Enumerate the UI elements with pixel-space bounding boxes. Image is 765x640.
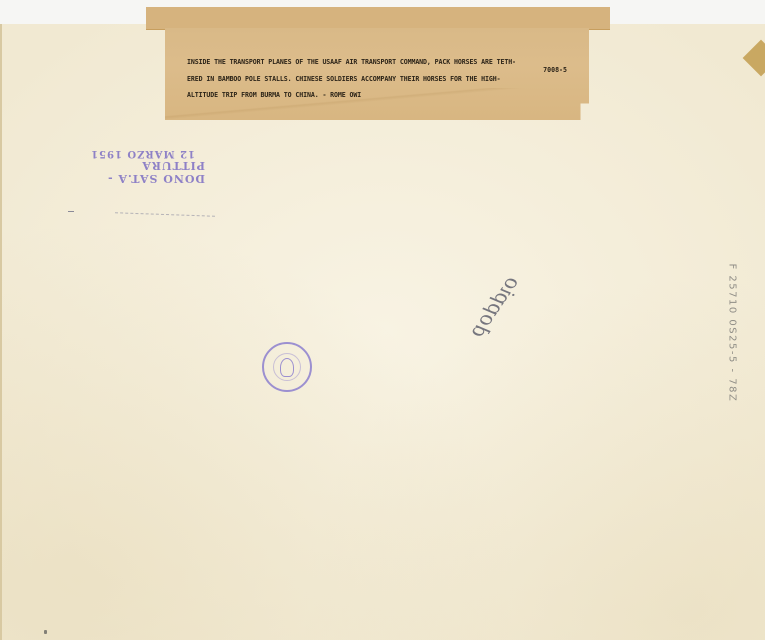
donation-stamp: DONO SAT.A - PITTURA 12 MARZO 1951 bbox=[85, 148, 205, 185]
seal-emblem-icon bbox=[280, 358, 294, 377]
pencil-mark bbox=[68, 211, 74, 212]
donation-stamp-line2: 12 MARZO 1951 bbox=[85, 148, 195, 159]
caption-code: 7008-5 bbox=[543, 66, 567, 74]
caption-line: INSIDE THE TRANSPORT PLANES OF THE USAAF… bbox=[187, 58, 567, 66]
circular-archive-seal-icon bbox=[262, 342, 312, 392]
caption-text: INSIDE THE TRANSPORT PLANES OF THE USAAF… bbox=[187, 50, 567, 107]
caption-slip: INSIDE THE TRANSPORT PLANES OF THE USAAF… bbox=[165, 28, 589, 120]
donation-stamp-line1: DONO SAT.A - PITTURA bbox=[85, 159, 205, 185]
paper-speck bbox=[44, 630, 47, 634]
margin-pencil-note: F 25710 0S25-5 - 78Z bbox=[727, 264, 738, 504]
caption-line: ERED IN BAMBOO POLE STALLS. CHINESE SOLD… bbox=[187, 75, 567, 83]
tape-strip bbox=[146, 7, 610, 30]
caption-line: ALTITUDE TRIP FROM BURMA TO CHINA. - ROM… bbox=[187, 91, 567, 99]
